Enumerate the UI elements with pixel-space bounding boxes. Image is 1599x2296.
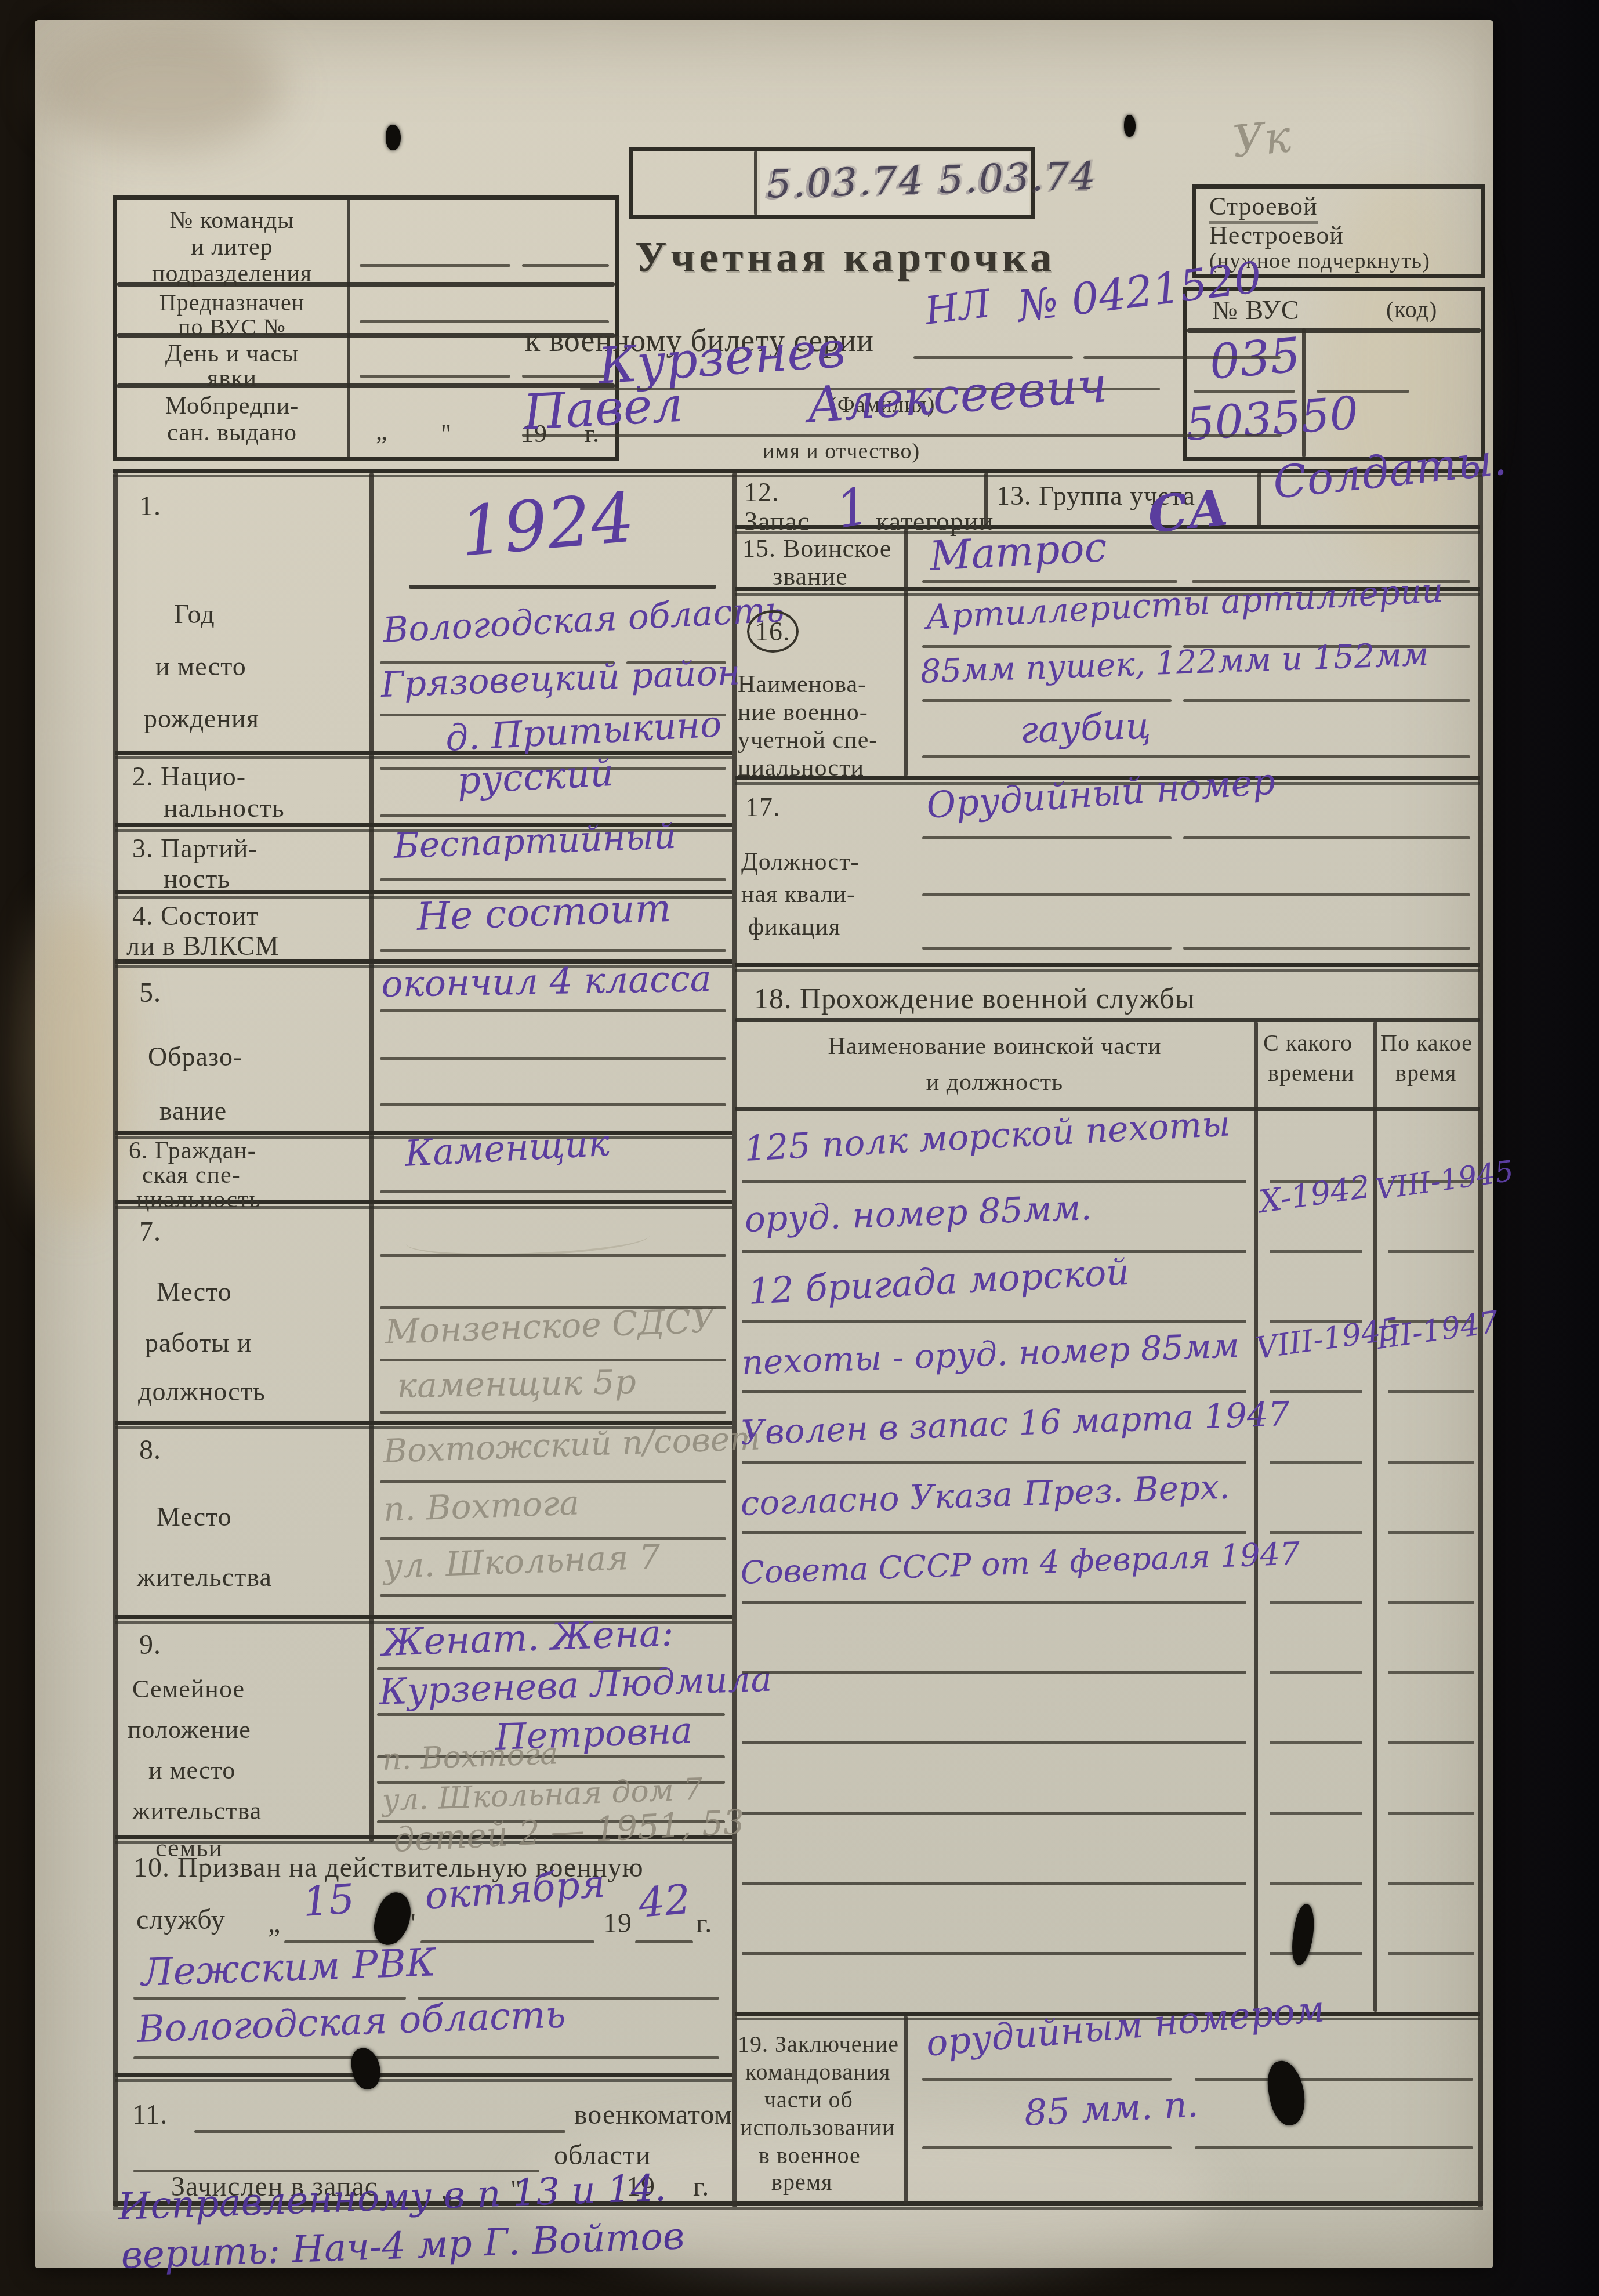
row-divider <box>115 751 732 759</box>
quote-mark: „ <box>376 417 388 446</box>
rule-line <box>922 2078 1172 2081</box>
section7-label: работы и <box>145 1327 252 1358</box>
rule-line <box>380 1480 726 1483</box>
section2-label: нальность <box>164 792 285 823</box>
duty-nestroevoy: Нестроевой <box>1209 220 1344 250</box>
field-label: Предназначен <box>122 289 342 316</box>
section4-label: 4. Состоит <box>132 900 259 931</box>
table-border-left <box>113 473 118 2207</box>
divider <box>1187 328 1481 333</box>
section15-label: звание <box>773 562 848 591</box>
rule-line <box>380 1306 726 1309</box>
section9-number: 9. <box>139 1629 161 1661</box>
section4-label: ли в ВЛКСМ <box>126 930 280 961</box>
year-prefix: 19 <box>603 1907 632 1939</box>
section16-label: циальности <box>738 754 864 782</box>
vus-specialty-line3: гаубиц <box>1019 704 1151 751</box>
section1-label: Год <box>174 599 215 629</box>
section17-label: фикация <box>748 913 840 941</box>
rule-line <box>922 947 1172 950</box>
section3-label: ность <box>164 863 230 894</box>
section1-label: рождения <box>144 703 259 734</box>
birth-year: 1924 <box>457 477 637 572</box>
paper-hole <box>1124 115 1136 137</box>
field-label: подразделения <box>122 260 342 288</box>
divider <box>1257 473 1261 528</box>
field-label: № команды <box>122 207 342 234</box>
rule-line <box>133 1997 406 2000</box>
rule-line <box>1195 2146 1473 2149</box>
section15-label: 15. Воинское <box>742 534 891 563</box>
field-label: и литер <box>122 233 342 261</box>
section12-number: 12. <box>744 477 779 508</box>
section17-label: ная квали- <box>741 881 855 908</box>
section6-label: 6. Граждан- <box>129 1137 256 1165</box>
rule-line <box>380 1594 726 1597</box>
rule-line <box>1183 836 1470 839</box>
scanned-photo: { "note_top": "Ук", "stamp": { "dates": … <box>0 0 1599 2296</box>
service-col3-header: время <box>1395 1059 1456 1087</box>
section8-label: жительства <box>137 1562 272 1592</box>
family-settlement: п. Вохтога <box>382 1736 559 1777</box>
section10-label2: службу <box>136 1904 226 1936</box>
blank-line <box>360 264 510 267</box>
section16-label: учетной спе- <box>738 726 878 754</box>
vus-kod: (код) <box>1386 296 1437 323</box>
rule-line <box>1183 947 1470 950</box>
rule-line <box>380 1103 726 1106</box>
rule-line <box>380 1254 726 1257</box>
rule-line <box>922 580 1177 583</box>
divider <box>904 529 908 776</box>
divider <box>904 2016 908 2204</box>
field-label: сан. выдано <box>122 419 342 447</box>
year-suffix: г. <box>693 2171 709 2203</box>
section9-label: Семейное <box>132 1674 245 1704</box>
rule-line <box>922 836 1172 839</box>
field-label: по ВУС № <box>122 313 342 341</box>
section2-label: 2. Нацио- <box>132 761 246 792</box>
page-title: Учетная карточка <box>629 233 1061 283</box>
blank-line <box>420 1940 594 1943</box>
divider <box>754 151 757 215</box>
account-group: СА <box>1145 478 1231 545</box>
section17-number: 17. <box>745 792 781 823</box>
section5-label: вание <box>159 1095 227 1126</box>
section9-label: жительства <box>132 1796 262 1826</box>
section7-label: должность <box>138 1376 266 1407</box>
name-caption: имя и отчество) <box>763 439 920 464</box>
section9-label: положение <box>128 1715 251 1744</box>
residence-settlement: п. Вохтога <box>383 1483 580 1529</box>
section19-label: части об <box>764 2086 853 2113</box>
field-label: День и часы <box>122 340 342 368</box>
service-col-divider <box>1373 1022 1377 2012</box>
rule-line <box>922 2146 1172 2149</box>
ticket-series: НЛ <box>923 281 993 334</box>
divider <box>735 1018 1480 1022</box>
voenkomat-word: военкоматом <box>574 2099 733 2131</box>
first-name: Павел <box>522 376 684 441</box>
service-col3-header: По какое <box>1380 1029 1473 1056</box>
pencil-note: Ук <box>1230 110 1293 168</box>
rule-line <box>133 2056 719 2059</box>
education: окончил 4 класса <box>381 957 712 1005</box>
service-col2-header: времени <box>1268 1059 1355 1087</box>
rule-line <box>380 1190 726 1193</box>
work-position: каменщик 5р <box>397 1362 636 1406</box>
rule-line <box>922 755 1470 758</box>
section19-label: использовании <box>740 2114 895 2141</box>
label-divider-left <box>369 473 374 1842</box>
section18-title: 18. Прохождение военной службы <box>754 982 1195 1015</box>
call-year: 42 <box>637 1875 692 1927</box>
blank-line <box>635 1940 693 1943</box>
section7-number: 7. <box>139 1216 161 1248</box>
section1-number: 1. <box>139 490 161 522</box>
quote-mark: „ <box>268 1907 281 1939</box>
service-rule-grid <box>1388 1113 1474 2006</box>
section11-number: 11. <box>132 2099 168 2131</box>
section6-label: ская спе- <box>142 1161 241 1189</box>
paper-hole <box>386 125 401 150</box>
section7-label: Место <box>157 1276 232 1307</box>
section19-label: в военное <box>759 2142 861 2169</box>
section8-number: 8. <box>139 1434 161 1466</box>
section8-label: Место <box>157 1501 232 1532</box>
section16-label: ние военно- <box>738 698 868 726</box>
section16-number: 16. <box>747 610 799 653</box>
nationality: русский <box>456 752 615 803</box>
rule-line <box>380 1537 726 1540</box>
section19-label: время <box>771 2168 832 2196</box>
section12-zapas: Запас <box>744 506 810 537</box>
section19-label: командования <box>745 2058 891 2085</box>
section5-number: 5. <box>139 977 161 1009</box>
rule-line <box>1183 699 1470 702</box>
oblast-word: области <box>554 2139 651 2171</box>
duty-stroevoy: Строевой <box>1209 191 1318 224</box>
call-day: 15 <box>301 1875 356 1926</box>
row-divider <box>115 2073 732 2082</box>
service-col2-header: С какого <box>1263 1029 1353 1056</box>
section5-label: Образо- <box>148 1041 242 1072</box>
rule-line <box>922 893 1470 896</box>
blank-line <box>913 356 1073 359</box>
service-col1-header: Наименование воинской части <box>742 1033 1247 1060</box>
divider <box>347 200 350 457</box>
row-divider <box>735 963 1480 972</box>
quote-mark: " <box>441 419 452 448</box>
service-col-divider <box>1254 1022 1258 2012</box>
rule-line <box>380 1009 726 1012</box>
blank-line <box>194 2130 565 2133</box>
blank-line <box>1083 356 1281 359</box>
field-label: явки <box>122 364 342 392</box>
rule-line <box>380 1359 726 1361</box>
rule-line <box>380 878 726 881</box>
section17-label: Должност- <box>741 848 860 876</box>
blank-line <box>522 375 609 378</box>
section16-label: Наименова- <box>738 671 866 698</box>
field-label: Мобпредпи- <box>122 392 342 420</box>
column-divider <box>732 473 737 2207</box>
underline <box>409 585 716 589</box>
rule-line <box>522 434 1282 437</box>
rule-line <box>380 1411 726 1414</box>
vlksm-status: Не состоит <box>416 886 672 939</box>
blank-line <box>522 264 609 267</box>
military-rank: Матрос <box>929 523 1108 580</box>
blank-line <box>360 375 510 378</box>
section19-label: 19. Заключение <box>738 2030 899 2058</box>
rule-line <box>922 699 1172 702</box>
section9-label: и место <box>148 1755 235 1785</box>
rule-line <box>380 1057 726 1060</box>
section6-label: циальность <box>136 1186 261 1214</box>
year-suffix: г. <box>696 1907 712 1939</box>
service-col1-header: и должность <box>742 1069 1247 1096</box>
divider <box>984 473 988 528</box>
rule-line <box>380 949 726 952</box>
rule-line <box>1195 2078 1473 2081</box>
section1-label: и место <box>155 651 246 682</box>
section3-label: 3. Партий- <box>132 833 258 864</box>
date-stamp: 5.03.74 5.03.74 <box>766 154 1098 207</box>
